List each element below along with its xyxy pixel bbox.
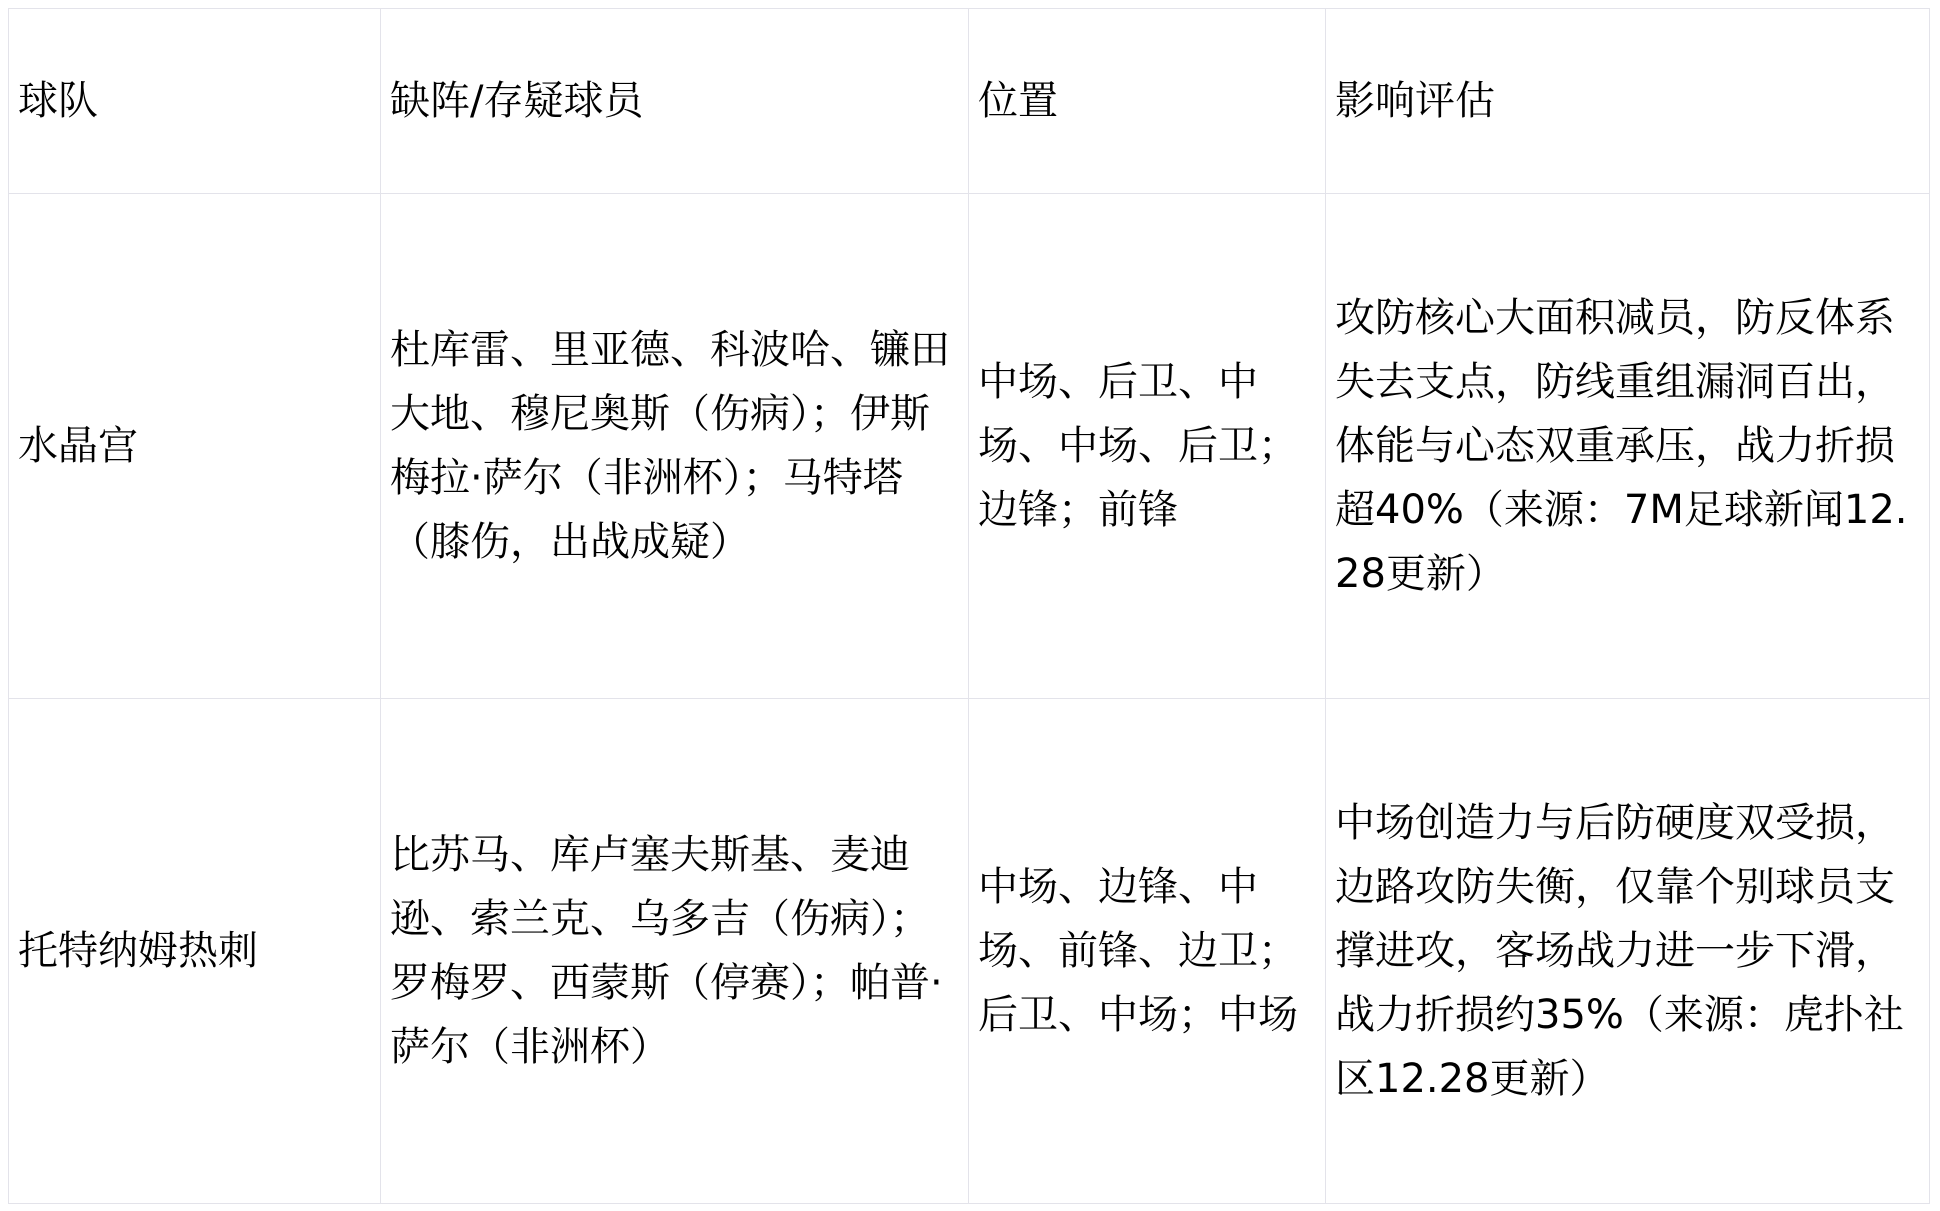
header-team: 球队: [9, 9, 381, 194]
table-row: 托特纳姆热刺 比苏马、库卢塞夫斯基、麦迪逊、索兰克、乌多吉（伤病）；罗梅罗、西蒙…: [9, 699, 1930, 1204]
header-impact: 影响评估: [1326, 9, 1930, 194]
cell-team: 托特纳姆热刺: [9, 699, 381, 1204]
injury-table: 球队 缺阵/存疑球员 位置 影响评估 水晶宫 杜库雷、里亚德、科波哈、镰田大地、…: [8, 8, 1930, 1204]
cell-players: 比苏马、库卢塞夫斯基、麦迪逊、索兰克、乌多吉（伤病）；罗梅罗、西蒙斯（停赛）；帕…: [381, 699, 969, 1204]
cell-impact: 中场创造力与后防硬度双受损，边路攻防失衡，仅靠个别球员支撑进攻，客场战力进一步下…: [1326, 699, 1930, 1204]
cell-positions: 中场、边锋、中场、前锋、边卫；后卫、中场；中场: [969, 699, 1326, 1204]
header-players: 缺阵/存疑球员: [381, 9, 969, 194]
cell-team: 水晶宫: [9, 194, 381, 699]
cell-positions: 中场、后卫、中场、中场、后卫；边锋；前锋: [969, 194, 1326, 699]
cell-players: 杜库雷、里亚德、科波哈、镰田大地、穆尼奥斯（伤病）；伊斯梅拉·萨尔（非洲杯）；马…: [381, 194, 969, 699]
table-header-row: 球队 缺阵/存疑球员 位置 影响评估: [9, 9, 1930, 194]
table-row: 水晶宫 杜库雷、里亚德、科波哈、镰田大地、穆尼奥斯（伤病）；伊斯梅拉·萨尔（非洲…: [9, 194, 1930, 699]
cell-impact: 攻防核心大面积减员，防反体系失去支点，防线重组漏洞百出，体能与心态双重承压，战力…: [1326, 194, 1930, 699]
header-positions: 位置: [969, 9, 1326, 194]
injury-table-container: 球队 缺阵/存疑球员 位置 影响评估 水晶宫 杜库雷、里亚德、科波哈、镰田大地、…: [8, 8, 1929, 1204]
